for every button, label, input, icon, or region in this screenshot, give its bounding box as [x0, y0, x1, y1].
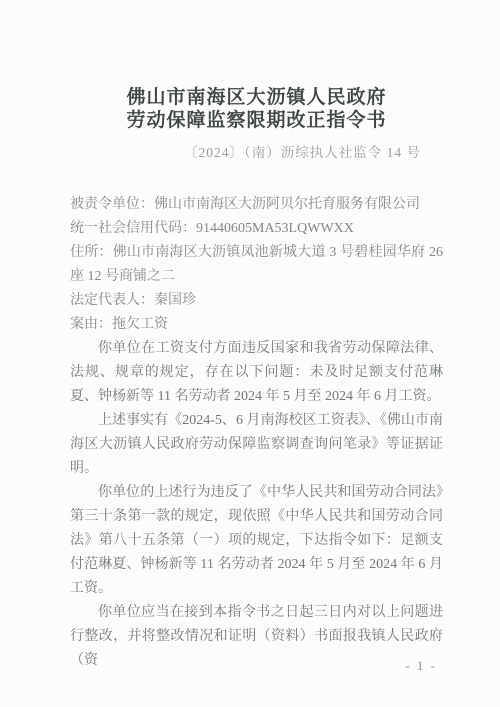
page-number: - 1 - [405, 658, 437, 674]
document-number: 〔2024〕（南）沥综执人社监令 14 号 [70, 145, 443, 160]
field-legal-representative: 法定代表人：秦国珍 [70, 289, 443, 313]
document-body: 被责令单位：佛山市南海区大沥阿贝尔托育服务有限公司 统一社会信用代码：91440… [70, 193, 443, 673]
paragraph-legal-basis-order: 你单位的上述行为违反了《中华人民共和国劳动合同法》第三十条第一款的规定，现依照《… [70, 481, 443, 601]
field-address: 住所：佛山市南海区大沥镇凤池新城大道 3 号碧桂园华府 26 座 12 号商铺之… [70, 241, 443, 289]
document-title: 佛山市南海区大沥镇人民政府 劳动保障监察限期改正指令书 [70, 86, 443, 132]
field-credit-code: 统一社会信用代码：91440605MA53LQWWXX [70, 217, 443, 241]
paragraph-rectification-requirement: 你单位应当在接到本指令书之日起三日内对以上问题进行整改，并将整改情况和证明（资料… [70, 601, 443, 673]
field-case-reason: 案由：拖欠工资 [70, 313, 443, 337]
field-responsible-unit: 被责令单位：佛山市南海区大沥阿贝尔托育服务有限公司 [70, 193, 443, 217]
paragraph-violation-findings: 你单位在工资支付方面违反国家和我省劳动保障法律、法规、规章的规定，存在以下问题：… [70, 337, 443, 409]
document-title-line-1: 佛山市南海区大沥镇人民政府 [70, 86, 443, 109]
paragraph-evidence: 上述事实有《2024-5、6 月南海校区工资表》、《佛山市南海区大沥镇人民政府劳… [70, 409, 443, 481]
document-page: 佛山市南海区大沥镇人民政府 劳动保障监察限期改正指令书 〔2024〕（南）沥综执… [0, 0, 500, 707]
document-title-line-2: 劳动保障监察限期改正指令书 [70, 109, 443, 132]
